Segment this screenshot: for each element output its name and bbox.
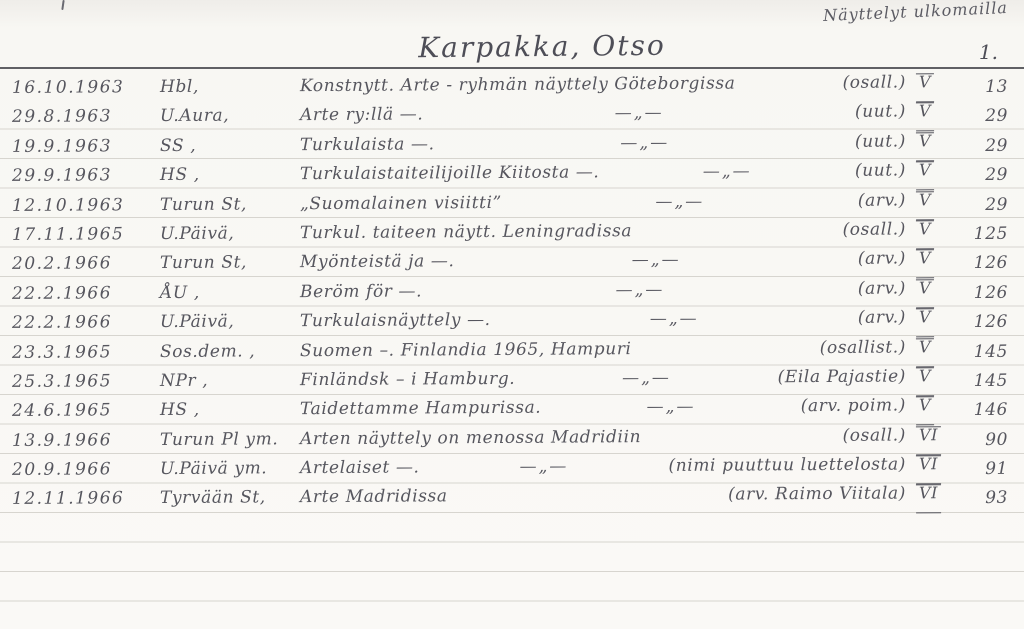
entry-text: „Suomalainen visiitti” <box>300 188 502 219</box>
entry-note: (nimi puuttuu luettelosta) <box>668 450 916 481</box>
entry-source: ÅU , <box>160 278 300 308</box>
entry-date: 20.9.1966 <box>0 455 160 485</box>
entry-source: U.Päivä ym. <box>160 454 300 484</box>
entry-date: 24.6.1965 <box>0 396 160 426</box>
entry-source: HS , <box>160 395 300 425</box>
entry-note: (arv.) <box>858 304 916 334</box>
entry-main: Artelaiset —. —„— (nimi puuttuu luettelo… <box>300 450 916 483</box>
entry-source: U.Päivä, <box>160 307 300 337</box>
entry-main: Arte Madridissa (arv. Raimo Viitala) <box>300 480 916 513</box>
entry-note: (uut.) <box>855 127 916 157</box>
entry-ditto-mark: —„— <box>491 304 858 336</box>
entry-source: Turun Pl ym. <box>160 425 300 455</box>
entry-ditto-mark <box>632 235 842 236</box>
entry-ditto-mark: —„— <box>423 98 855 130</box>
entry-main: Taidettamme Hampurissa. —„— (arv. poim.) <box>300 392 916 425</box>
entry-ditto-mark: —„— <box>454 245 858 277</box>
entry-source: NPr , <box>160 366 300 396</box>
entry-date: 20.2.1966 <box>0 249 160 279</box>
entry-main: „Suomalainen visiitti” —„— (arv.) <box>300 186 916 219</box>
entry-note: (uut.) <box>855 157 916 187</box>
entry-text: Turkulaista —. <box>300 130 435 160</box>
entry-note: (arv.) <box>858 245 916 275</box>
entry-main: Suomen –. Finlandia 1965, Hampuri (osall… <box>300 333 916 366</box>
entry-date: 19.9.1963 <box>0 132 160 162</box>
entry-date: 29.8.1963 <box>0 102 160 132</box>
entry-text: Turkulaisnäyttely —. <box>300 306 491 337</box>
entry-main: Turkulaista —. —„— (uut.) <box>300 127 916 160</box>
entry-ditto-mark: —„— <box>434 128 855 160</box>
entry-text: Arten näyttely on menossa Madridiin <box>300 423 641 454</box>
entry-ditto-mark <box>735 88 842 89</box>
entry-main: Finländsk – i Hamburg. —„— (Eila Pajasti… <box>300 362 916 395</box>
entry-ditto-mark: —„— <box>599 157 855 188</box>
entry-date: 22.2.1966 <box>0 279 160 309</box>
entry-main: Arte ry:llä —. —„— (uut.) <box>300 98 916 131</box>
entry-ditto-mark <box>641 441 842 442</box>
entry-main: Beröm för —. —„— (arv.) <box>300 274 916 307</box>
entry-ditto-mark: —„— <box>502 186 858 218</box>
entry-source: Hbl, <box>160 72 300 102</box>
entry-date: 12.10.1963 <box>0 191 160 221</box>
entries: 16.10.1963 Hbl, Konstnytt. Arte - ryhmän… <box>0 74 1024 515</box>
entry-date: 29.9.1963 <box>0 161 160 191</box>
entry-note: (osall.) <box>842 68 916 98</box>
index-card: Näyttelyt ulkomailla Karpakka, Otso 1. 1… <box>0 0 1024 629</box>
entry-source: Turun St, <box>160 249 300 279</box>
entry-date: 25.3.1965 <box>0 367 160 397</box>
entry-main: Konstnytt. Arte - ryhmän näyttely Götebo… <box>300 68 916 101</box>
entry-text: Artelaiset —. <box>300 454 420 484</box>
entry-main: Turkul. taiteen näytt. Leningradissa (os… <box>300 215 916 248</box>
entry-note: (osall.) <box>842 215 916 245</box>
entry-ditto-mark <box>448 500 729 502</box>
entry-date: 13.9.1966 <box>0 426 160 456</box>
entry-source: Sos.dem. , <box>160 337 300 367</box>
entry-main: Arten näyttely on menossa Madridiin (osa… <box>300 421 916 454</box>
entry-text: Myönteistä ja —. <box>300 248 455 278</box>
entry-date: 12.11.1966 <box>0 484 160 514</box>
entry-main: Myönteistä ja —. —„— (arv.) <box>300 245 916 278</box>
entry-note: (Eila Pajastie) <box>778 362 917 392</box>
entry-text: Turkul. taiteen näytt. Leningradissa <box>300 217 632 248</box>
entry-text: Suomen –. Finlandia 1965, Hampuri <box>300 335 632 366</box>
entry-text: Taidettamme Hampurissa. <box>300 394 541 425</box>
entry-ditto-mark: —„— <box>541 392 801 423</box>
entry-source: Tyrvään St, <box>160 484 300 514</box>
entry-source: SS , <box>160 131 300 161</box>
entry-volume-numeral: VI <box>916 485 941 515</box>
entry-text: Turkulaistaiteilijoille Kiitosta —. <box>300 159 600 190</box>
entry-ditto-mark: —„— <box>422 274 858 306</box>
entry-volume-page: VI 93 <box>916 484 1024 514</box>
entry-source: Turun St, <box>160 190 300 220</box>
entry-text: Arte Madridissa <box>300 483 448 513</box>
entry-text: Konstnytt. Arte - ryhmän näyttely Götebo… <box>300 70 736 102</box>
page-number: 1. <box>979 40 998 64</box>
entry-source: U.Aura, <box>160 102 300 132</box>
entry-note: (arv.) <box>858 274 916 304</box>
entry-note: (osall.) <box>842 421 916 451</box>
entry-page-number: 93 <box>985 484 1008 514</box>
entry-main: Turkulaistaiteilijoille Kiitosta —. —„— … <box>300 157 916 190</box>
entry-ditto-mark: —„— <box>419 452 668 483</box>
entry-source: U.Päivä, <box>160 219 300 249</box>
entry-note: (arv. Raimo Viitala) <box>728 480 916 511</box>
entry-date: 17.11.1965 <box>0 220 160 250</box>
entry-ditto-mark <box>632 353 820 354</box>
entry-note: (arv.) <box>858 186 916 216</box>
entry-text: Beröm för —. <box>300 277 422 307</box>
entry-date: 16.10.1963 <box>0 73 160 103</box>
entry-date: 23.3.1965 <box>0 338 160 368</box>
entry-note: (arv. poim.) <box>801 392 916 422</box>
entry-text: Finländsk – i Hamburg. <box>300 365 515 396</box>
stray-pencil-mark <box>61 0 64 10</box>
entry-text: Arte ry:llä —. <box>300 101 424 131</box>
entry-note: (uut.) <box>855 98 916 128</box>
entry-note: (osallist.) <box>820 333 916 363</box>
entry-ditto-mark: —„— <box>515 363 778 394</box>
category-corner-note: Näyttelyt ulkomailla <box>823 0 1009 25</box>
entry-main: Turkulaisnäyttely —. —„— (arv.) <box>300 304 916 337</box>
page-title: Karpakka, Otso <box>30 25 1024 69</box>
entry-source: HS , <box>160 160 300 190</box>
entry-row: 12.11.1966 Tyrvään St, Arte Madridissa (… <box>0 479 1024 515</box>
entry-date: 22.2.1966 <box>0 308 160 338</box>
